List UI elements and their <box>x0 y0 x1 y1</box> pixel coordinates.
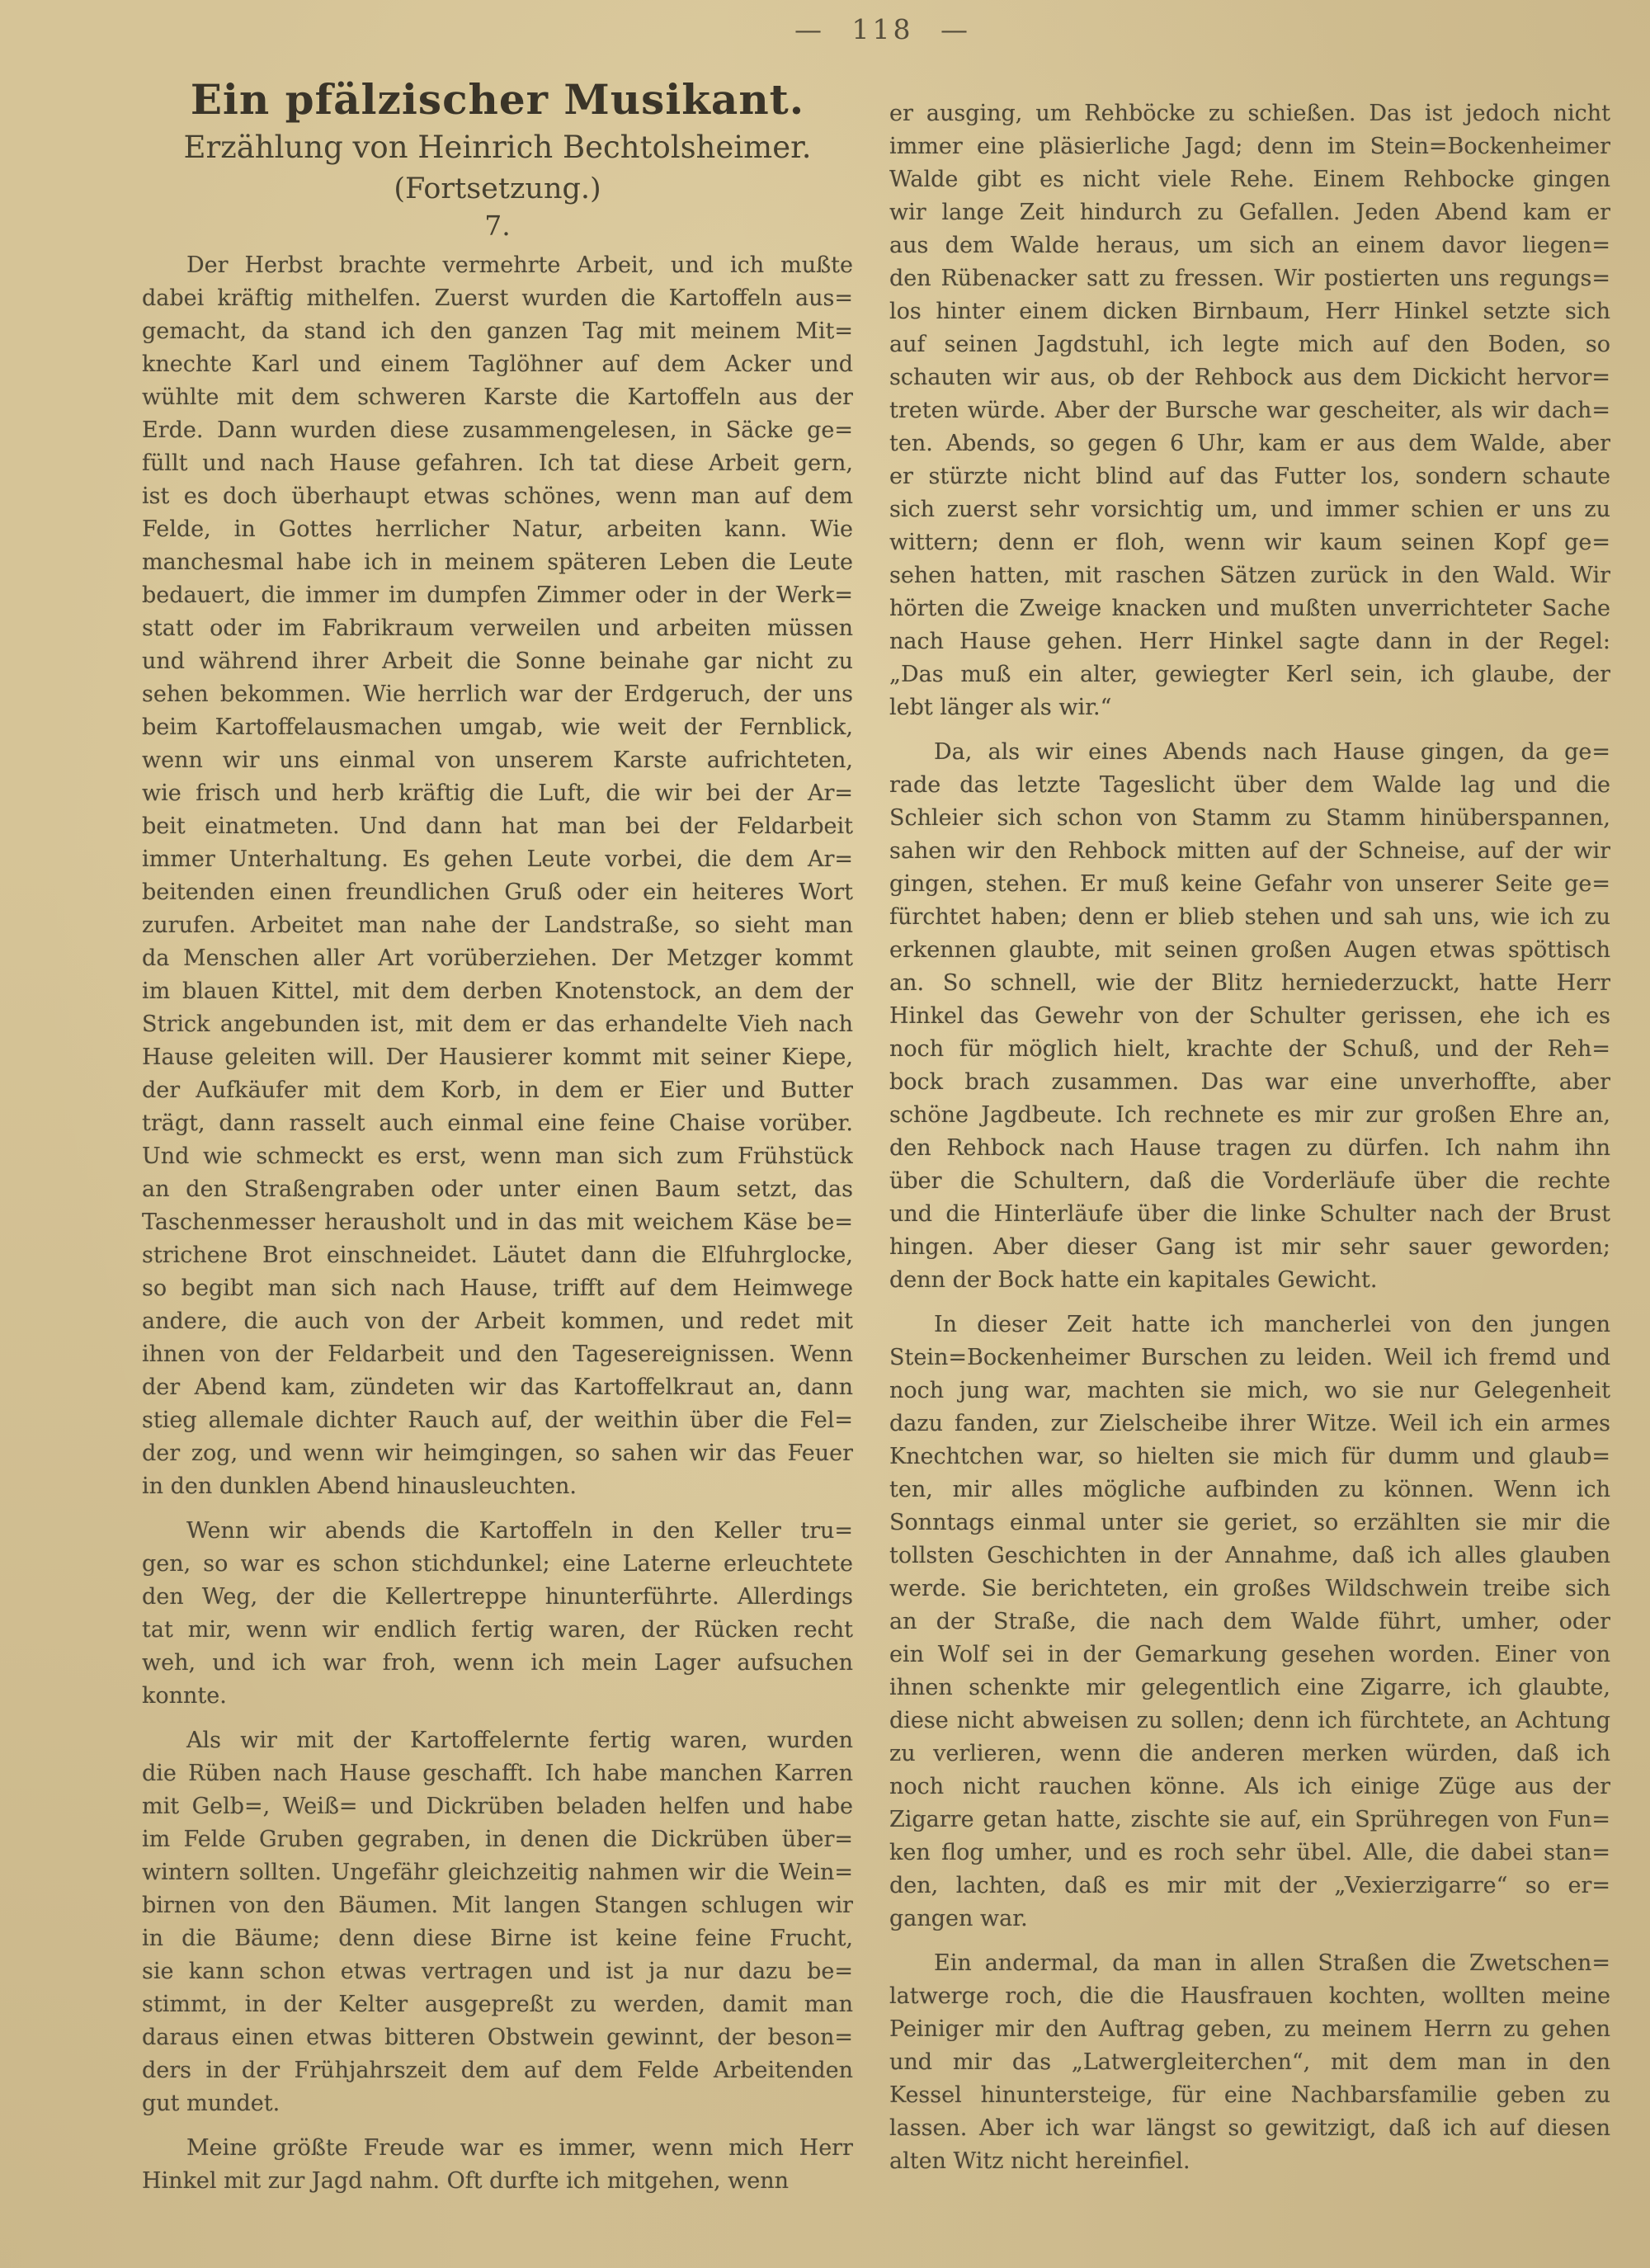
text-line: andere, die auch von der Arbeit kommen, … <box>142 1305 853 1338</box>
text-line: wittern; denn er floh, wenn wir kaum sei… <box>889 526 1610 559</box>
text-line: lebt länger als wir.“ <box>889 691 1610 724</box>
text-line: wie frisch und herb kräftig die Luft, di… <box>142 777 853 810</box>
text-line: Hause geleiten will. Der Hausierer kommt… <box>142 1041 853 1074</box>
text-line: Als wir mit der Kartoffelernte fertig wa… <box>142 1724 853 1757</box>
text-line: daraus einen etwas bitteren Obstwein gew… <box>142 2021 853 2054</box>
text-line: Peiniger mir den Auftrag geben, zu meine… <box>889 2013 1610 2046</box>
text-line: strichene Brot einschneidet. Läutet dann… <box>142 1239 853 1272</box>
text-line: an den Straßengraben oder unter einen Ba… <box>142 1173 853 1206</box>
text-line: und die Hinterläufe über die linke Schul… <box>889 1198 1610 1231</box>
text-line: dazu fanden, zur Zielscheibe ihrer Witze… <box>889 1407 1610 1440</box>
text-line: gingen, stehen. Er muß keine Gefahr von … <box>889 868 1610 901</box>
text-line: Hinkel das Gewehr von der Schulter geris… <box>889 1000 1610 1033</box>
text-line: die Rüben nach Hause geschafft. Ich habe… <box>142 1757 853 1790</box>
text-line: der Abend kam, zündeten wir das Kartoffe… <box>142 1371 853 1404</box>
text-line: den Weg, der die Kellertreppe hinunterfü… <box>142 1581 853 1614</box>
text-line: Ein andermal, da man in allen Straßen di… <box>889 1947 1610 1980</box>
text-line: In dieser Zeit hatte ich mancherlei von … <box>889 1308 1610 1341</box>
text-line: trägt, dann rasselt auch einmal eine fei… <box>142 1107 853 1140</box>
text-line: immer eine pläsierliche Jagd; denn im St… <box>889 130 1610 163</box>
text-line: stieg allemale dichter Rauch auf, der we… <box>142 1404 853 1437</box>
text-line: schauten wir aus, ob der Rehbock aus dem… <box>889 361 1610 394</box>
text-line: so begibt man sich nach Hause, trifft au… <box>142 1272 853 1305</box>
text-line: füllt und nach Hause gefahren. Ich tat d… <box>142 447 853 480</box>
text-line: gemacht, da stand ich den ganzen Tag mit… <box>142 315 853 348</box>
text-line: Felde, in Gottes herrlicher Natur, arbei… <box>142 513 853 546</box>
text-line: tat mir, wenn wir endlich fertig waren, … <box>142 1614 853 1647</box>
paragraph: Ein andermal, da man in allen Straßen di… <box>889 1947 1610 2178</box>
text-line: sich zuerst sehr vorsichtig um, und imme… <box>889 493 1610 526</box>
column-left: Ein pfälzischer Musikant. Erzählung von … <box>142 76 853 2198</box>
text-line: ken flog umher, und es roch sehr übel. A… <box>889 1837 1610 1870</box>
text-line: Der Herbst brachte vermehrte Arbeit, und… <box>142 249 853 282</box>
text-line: gangen war. <box>889 1903 1610 1936</box>
book-page: — 118 — Ein pfälzischer Musikant. Erzähl… <box>0 0 1650 2268</box>
paragraph: In dieser Zeit hatte ich mancherlei von … <box>889 1308 1610 1936</box>
text-line: knechte Karl und einem Taglöhner auf dem… <box>142 348 853 381</box>
text-line: bock brach zusammen. Das war eine unverh… <box>889 1066 1610 1099</box>
text-line: statt oder im Fabrikraum verweilen und a… <box>142 612 853 645</box>
text-line: beitenden einen freundlichen Gruß oder e… <box>142 876 853 909</box>
text-line: Walde gibt es nicht viele Rehe. Einem Re… <box>889 163 1610 196</box>
text-line: zu verlieren, wenn die anderen merken wü… <box>889 1738 1610 1771</box>
text-line: noch jung war, machten sie mich, wo sie … <box>889 1374 1610 1407</box>
text-line: werde. Sie berichteten, ein großes Wilds… <box>889 1573 1610 1606</box>
text-line: auf seinen Jagdstuhl, ich legte mich auf… <box>889 328 1610 361</box>
text-line: der Aufkäufer mit dem Korb, in dem er Ei… <box>142 1074 853 1107</box>
paragraph: Da, als wir eines Abends nach Hause ging… <box>889 736 1610 1297</box>
text-line: Sonntags einmal unter sie geriet, so erz… <box>889 1506 1610 1540</box>
text-line: lassen. Aber ich war längst so gewitzigt… <box>889 2112 1610 2145</box>
text-line: bedauert, die immer im dumpfen Zimmer od… <box>142 579 853 612</box>
article-subtitle: Erzählung von Heinrich Bechtolsheimer. <box>142 129 853 167</box>
text-line: gen, so war es schon stichdunkel; eine L… <box>142 1548 853 1581</box>
text-line: Meine größte Freude war es immer, wenn m… <box>142 2132 853 2165</box>
text-line: immer Unterhaltung. Es gehen Leute vorbe… <box>142 843 853 876</box>
text-line: noch für möglich hielt, krachte der Schu… <box>889 1033 1610 1066</box>
text-line: ihnen schenkte mir gelegentlich eine Zig… <box>889 1672 1610 1705</box>
text-line: ten. Abends, so gegen 6 Uhr, kam er aus … <box>889 427 1610 460</box>
article-continuation-note: (Fortsetzung.) <box>142 170 853 208</box>
text-line: ist es doch überhaupt etwas schönes, wen… <box>142 480 853 513</box>
text-line: stimmt, in der Kelter ausgepreßt zu werd… <box>142 1988 853 2021</box>
text-line: manchesmal habe ich in meinem späteren L… <box>142 546 853 579</box>
text-line: an der Straße, die nach dem Walde führt,… <box>889 1606 1610 1639</box>
text-line: in den dunklen Abend hinausleuchten. <box>142 1470 853 1503</box>
text-line: diese nicht abweisen zu sollen; denn ich… <box>889 1705 1610 1738</box>
text-line: wenn wir uns einmal von unserem Karste a… <box>142 744 853 777</box>
text-line: Knechtchen war, so hielten sie mich für … <box>889 1440 1610 1473</box>
text-line: sahen wir den Rehbock mitten auf der Sch… <box>889 835 1610 868</box>
text-line: birnen von den Bäumen. Mit langen Stange… <box>142 1889 853 1922</box>
text-line: und mir das „Latwergleiterchen“, mit dem… <box>889 2046 1610 2079</box>
paragraph: Der Herbst brachte vermehrte Arbeit, und… <box>142 249 853 1503</box>
text-line: mit Gelb=, Weiß= und Dickrüben beladen h… <box>142 1790 853 1823</box>
text-line: aus dem Walde heraus, um sich an einem d… <box>889 229 1610 262</box>
text-line: im Felde Gruben gegraben, in denen die D… <box>142 1823 853 1856</box>
text-line: Kessel hinuntersteige, für eine Nachbars… <box>889 2079 1610 2112</box>
text-line: Schleier sich schon von Stamm zu Stamm h… <box>889 802 1610 835</box>
text-line: fürchtet haben; denn er blieb stehen und… <box>889 901 1610 934</box>
text-line: noch nicht rauchen könne. Als ich einige… <box>889 1771 1610 1804</box>
column-right: er ausging, um Rehböcke zu schießen. Das… <box>889 92 1610 2178</box>
text-line: in die Bäume; denn diese Birne ist keine… <box>142 1922 853 1955</box>
paragraph: er ausging, um Rehböcke zu schießen. Das… <box>889 97 1610 724</box>
paragraph: Als wir mit der Kartoffelernte fertig wa… <box>142 1724 853 2120</box>
text-line: den Rübenacker satt zu fressen. Wir post… <box>889 262 1610 295</box>
text-line: erkennen glaubte, mit seinen großen Auge… <box>889 934 1610 967</box>
text-line: Strick angebunden ist, mit dem er das er… <box>142 1008 853 1041</box>
text-line: zurufen. Arbeitet man nahe der Landstraß… <box>142 909 853 942</box>
text-line: rade das letzte Tageslicht über dem Wald… <box>889 769 1610 802</box>
text-line: wühlte mit dem schweren Karste die Karto… <box>142 381 853 414</box>
text-line: gut mundet. <box>142 2087 853 2120</box>
text-line: und während ihrer Arbeit die Sonne beina… <box>142 645 853 678</box>
text-line: Hinkel mit zur Jagd nahm. Oft durfte ich… <box>142 2165 853 2198</box>
text-line: nach Hause gehen. Herr Hinkel sagte dann… <box>889 625 1610 658</box>
text-line: beim Kartoffelausmachen umgab, wie weit … <box>142 711 853 744</box>
text-line: schöne Jagdbeute. Ich rechnete es mir zu… <box>889 1099 1610 1132</box>
column-right-body: er ausging, um Rehböcke zu schießen. Das… <box>889 97 1610 2178</box>
text-line: der zog, und wenn wir heimgingen, so sah… <box>142 1437 853 1470</box>
article-title: Ein pfälzischer Musikant. <box>142 76 853 124</box>
text-line: treten würde. Aber der Bursche war gesch… <box>889 394 1610 427</box>
text-line: hingen. Aber dieser Gang ist mir sehr sa… <box>889 1231 1610 1264</box>
text-line: latwerge roch, die die Hausfrauen kochte… <box>889 1980 1610 2013</box>
paragraph: Wenn wir abends die Kartoffeln in den Ke… <box>142 1515 853 1713</box>
text-line: weh, und ich war froh, wenn ich mein Lag… <box>142 1647 853 1680</box>
text-line: denn der Bock hatte ein kapitales Gewich… <box>889 1264 1610 1297</box>
text-line: sehen hatten, mit raschen Sätzen zurück … <box>889 559 1610 592</box>
text-line: Da, als wir eines Abends nach Hause ging… <box>889 736 1610 769</box>
column-left-body: Der Herbst brachte vermehrte Arbeit, und… <box>142 249 853 2198</box>
text-line: alten Witz nicht hereinfiel. <box>889 2145 1610 2178</box>
text-line: im blauen Kittel, mit dem derben Knotens… <box>142 975 853 1008</box>
text-line: ten, mir alles mögliche aufbinden zu kön… <box>889 1473 1610 1506</box>
text-line: über die Schultern, daß die Vorderläufe … <box>889 1165 1610 1198</box>
text-line: wintern sollten. Ungefähr gleichzeitig n… <box>142 1856 853 1889</box>
text-line: dabei kräftig mithelfen. Zuerst wurden d… <box>142 282 853 315</box>
text-line: er stürzte nicht blind auf das Futter lo… <box>889 460 1610 493</box>
text-line: ein Wolf sei in der Gemarkung gesehen wo… <box>889 1639 1610 1672</box>
text-line: den, lachten, daß es mir mit der „Vexier… <box>889 1870 1610 1903</box>
page-number: — 118 — <box>794 13 971 45</box>
text-line: Erde. Dann wurden diese zusammengelesen,… <box>142 414 853 447</box>
text-line: er ausging, um Rehböcke zu schießen. Das… <box>889 97 1610 130</box>
text-line: wir lange Zeit hindurch zu Gefallen. Jed… <box>889 196 1610 229</box>
paragraph: Meine größte Freude war es immer, wenn m… <box>142 2132 853 2198</box>
text-line: da Menschen aller Art vorüberziehen. Der… <box>142 942 853 975</box>
text-line: ihnen von der Feldarbeit und den Tageser… <box>142 1338 853 1371</box>
text-line: „Das muß ein alter, gewiegter Kerl sein,… <box>889 658 1610 691</box>
text-line: Zigarre getan hatte, zischte sie auf, ei… <box>889 1804 1610 1837</box>
text-line: ders in der Frühjahrszeit dem auf dem Fe… <box>142 2054 853 2087</box>
chapter-number: 7. <box>142 208 853 244</box>
text-line: Taschenmesser herausholt und in das mit … <box>142 1206 853 1239</box>
text-line: los hinter einem dicken Birnbaum, Herr H… <box>889 295 1610 328</box>
text-line: beit einatmeten. Und dann hat man bei de… <box>142 810 853 843</box>
text-line: sehen bekommen. Wie herrlich war der Erd… <box>142 678 853 711</box>
text-line: Und wie schmeckt es erst, wenn man sich … <box>142 1140 853 1173</box>
text-line: sie kann schon etwas vertragen und ist j… <box>142 1955 853 1988</box>
text-line: Stein=Bockenheimer Burschen zu leiden. W… <box>889 1341 1610 1374</box>
text-line: den Rehbock nach Hause tragen zu dürfen.… <box>889 1132 1610 1165</box>
text-line: an. So schnell, wie der Blitz herniederz… <box>889 967 1610 1000</box>
text-line: tollsten Geschichten in der Annahme, daß… <box>889 1540 1610 1573</box>
text-line: Wenn wir abends die Kartoffeln in den Ke… <box>142 1515 853 1548</box>
text-line: konnte. <box>142 1680 853 1713</box>
text-line: hörten die Zweige knacken und mußten unv… <box>889 592 1610 625</box>
